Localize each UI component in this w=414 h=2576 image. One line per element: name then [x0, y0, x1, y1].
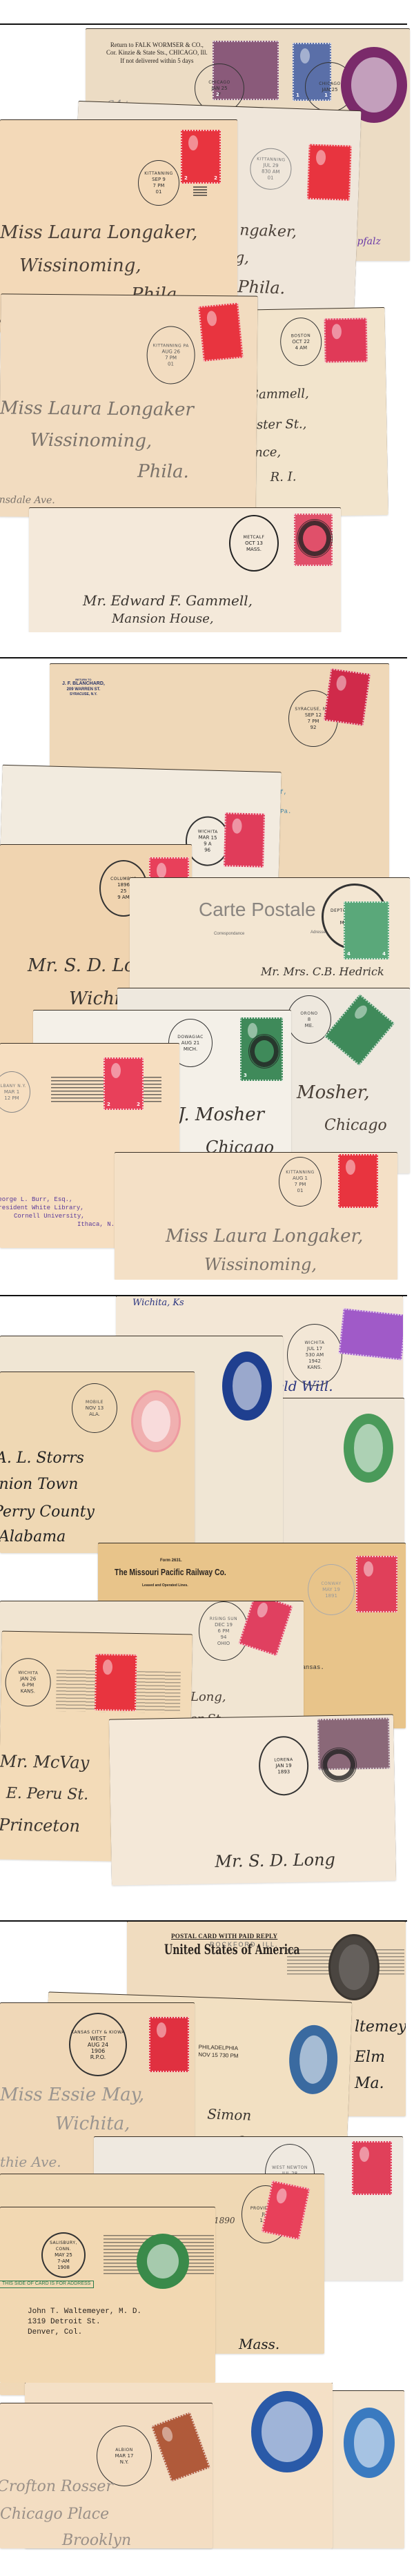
embossed-3c-pink-stamp [131, 1390, 181, 1452]
address-line: Phila. [137, 461, 189, 482]
address-line: Mosher, [297, 1082, 370, 1103]
address-line: Wissinoming, [204, 1255, 317, 1274]
address-line: E. Peru St. [6, 1785, 89, 1804]
postmark-kittanning: KITTANNINGSEP 97 PM01 [138, 160, 179, 206]
postmark-wichita: WICHITAJAN 266-PMKANS. [5, 1658, 51, 1707]
return-address: RETURN TO J. F. BLANCHARD, 209 WARREN ST… [62, 678, 105, 697]
postcard-carte-postale: Carte Postale Correspondance Adresse DEP… [130, 878, 410, 988]
postmark-kittanning: KITTANNINGJUL 29830 AM01 [249, 148, 292, 191]
grant-1c-stamp [328, 1934, 379, 2000]
address-line: Simon [207, 2106, 252, 2124]
target-cancel [297, 519, 333, 558]
postmark-albany: ALBANY N.Y.MAR 112 PM [0, 1071, 30, 1113]
address-line: Miss Laura Longaker, [0, 222, 197, 243]
typed-address: George L. Burr, Esq., President White Li… [0, 1196, 126, 1229]
form-number: Form 2631. [160, 1559, 182, 1564]
address-line: Miss Laura Longaker, [166, 1226, 363, 1247]
washington-2c-brown-stamp [151, 2412, 210, 2481]
photo-panel-3: Wichita, Ks WICHITAJUL 17530 AM1942KANS.… [0, 1296, 414, 1908]
return-address: Return to FALK WORMSER & CO., Cor. Kinzi… [106, 41, 208, 65]
postmark-lorena: LORENAJAN 191893 [258, 1736, 308, 1796]
address-line: Mr. McVay [0, 1752, 90, 1773]
washington-2c-stamp [224, 812, 265, 867]
postmark-kittanning: KITTANNING PAAUG 267 PM01 [146, 326, 195, 384]
company-name: The Missouri Pacific Railway Co. [115, 1567, 226, 1578]
corner-note: Wichita, Ks [132, 1298, 184, 1308]
washington-2c-stamp: 22 [103, 1057, 144, 1110]
washington-2c-stamp: 22 [181, 130, 221, 184]
postmark-wichita: WICHITAJUL 17530 AM1942KANS. [287, 1324, 342, 1386]
washington-2c-stamp [307, 144, 352, 201]
address-line: Mass. [239, 2336, 279, 2352]
rockford-cancel: ROCKFORD, ILL. [210, 1941, 279, 1949]
postmark-conway: CONWAYMAY 191891 [308, 1564, 355, 1615]
postmark-mobile: MOBILENOV 13ALA. [72, 1383, 117, 1433]
address-line: Phila. [237, 277, 286, 297]
idaho-3c-stamp [339, 1308, 403, 1360]
envelope-albion: ALBIONMAR 17N.Y. Crofton Rosser Chicago … [0, 2403, 213, 2548]
address-line: Mr. S. D. Long [215, 1850, 335, 1871]
envelope-kittanning-aug1: KITTANNINGAUG 17 PM01 Miss Laura Longake… [115, 1153, 397, 1280]
address-line: Wissinoming, [30, 430, 152, 452]
address-line: Chicago [324, 1117, 387, 1134]
card-label: THIS SIDE OF CARD IS FOR ADDRESS [0, 2281, 94, 2288]
address-line: Union Town [0, 1476, 78, 1493]
address-line: Miss Essie May, [0, 2085, 144, 2105]
photo-panel-1: Return to FALK WORMSER & CO., Cor. Kinzi… [0, 25, 414, 632]
envelope-metcalf: METCALFOCT 13MASS. Mr. Edward F. Gammell… [29, 508, 341, 632]
address-line: J. Mosher [178, 1104, 264, 1125]
washington-2c-stamp [356, 1556, 397, 1612]
photo-panel-2: RETURN TO J. F. BLANCHARD, 209 WARREN ST… [0, 658, 414, 1280]
photo-panel-5: ALBIONMAR 17N.Y. Crofton Rosser Chicago … [0, 2383, 414, 2568]
embossed-1c-columbian-stamp [251, 2391, 323, 2472]
address-line: A. L. Storrs [0, 1450, 84, 1467]
address-line: Ma. [355, 2075, 384, 2092]
card-header: POSTAL CARD WITH PAID REPLY [171, 1933, 277, 1940]
postmark-albion: ALBIONMAR 17N.Y. [97, 2426, 152, 2486]
address-line: Alabama [0, 1528, 66, 1545]
envelope-kittanning-aug26: KITTANNING PAAUG 267 PM01 Miss Laura Lon… [0, 294, 257, 518]
2c-red-stamp [324, 318, 368, 362]
address-line: Perry County [0, 1503, 95, 1521]
address-line: ngaker, [239, 222, 297, 241]
postmark-salisbury: SALISBURY, CONN.MAY 257-AM1908 [41, 2232, 86, 2278]
postmark-kittanning: KITTANNINGAUG 17 PM01 [279, 1157, 322, 1207]
address-line: nsdale Ave. [0, 494, 55, 506]
envelope-lorena: LORENAJAN 191893 Mr. S. D. Long [109, 1715, 396, 1885]
address-line: Mr. Edward F. Gammell, [83, 592, 253, 609]
stamped-envelope-1c-blue [331, 2391, 404, 2548]
mexico-4c-stamp: 44 [344, 901, 389, 959]
photo-panel-4: POSTAL CARD WITH PAID REPLY United State… [0, 1922, 414, 2383]
address-line: Elm [355, 2049, 385, 2066]
typed-address: John T. Waltemeyer, M. D. 1319 Detroit S… [28, 2307, 141, 2338]
address-line: thie Ave. [0, 2154, 61, 2170]
address-line: Wissinoming, [19, 255, 141, 276]
embossed-5c-blue-stamp [288, 2024, 338, 2095]
postal-card-waltemeyer: SALISBURY, CONN.MAY 257-AM1908 THIS SIDE… [0, 2207, 215, 2383]
washington-2c-stamp [239, 1601, 293, 1656]
address-line: Brooklyn [62, 2532, 131, 2548]
postmark-metcalf: METCALFOCT 13MASS. [229, 515, 279, 572]
address-line: Chicago Place [0, 2506, 109, 2523]
franklin-1c-red-stamp [149, 2017, 189, 2072]
address-line: R. I. [270, 469, 296, 485]
subtitle: Leased and Operated Lines. [142, 1583, 188, 1588]
address-line: Crofton Rosser [0, 2478, 113, 2495]
address-line: Miss Laura Longaker [0, 398, 194, 420]
addressee: Mr. Mrs. C.B. Hedrick [261, 965, 384, 978]
postmark-rising-sun: RISING SUNDEC 196 PM94OHIO [199, 1601, 248, 1661]
washington-2c-stamp [198, 303, 243, 362]
address-line: 1890 [214, 2216, 235, 2225]
jefferson-1c-green-stamp [137, 2234, 189, 2289]
target-cancel [248, 1034, 280, 1069]
washington-2c-stamp [95, 1654, 137, 1711]
philadelphia-cancel: PHILADELPHIA NOV 15 730 PM [198, 2043, 239, 2060]
carte-postale-title: Carte Postale [199, 897, 316, 921]
washington-2c-stamp [352, 2141, 392, 2195]
address-line: Long, [190, 1690, 226, 1704]
label: Adresse [310, 930, 326, 936]
envelope-mobile-alabama: MOBILENOV 13ALA. A. L. Storrs Union Town… [0, 1372, 195, 1553]
embossed-1c-blue-stamp [344, 2408, 395, 2478]
address-line: Wichita, [55, 2114, 130, 2134]
address-line: Princeton [0, 1815, 80, 1836]
address-line: Mansion House, [112, 612, 214, 626]
embossed-5c-blue-stamp [222, 1352, 272, 1421]
target-cancel [321, 1747, 357, 1782]
washington-3c-green-stamp [324, 994, 395, 1066]
label: Correspondance [214, 932, 244, 937]
2c-red-stamp [324, 668, 371, 725]
washington-2c-stamp [338, 1154, 378, 1208]
address-line: ltemeye [355, 2018, 406, 2036]
embossed-2c-green-stamp [344, 1414, 393, 1483]
duplex-cancel [193, 186, 207, 196]
postmark-kansas-city-kiowa-rpo: KANSAS CITY & KIOWAWESTAUG 241906R.P.O. [69, 2013, 127, 2076]
postmark-boston: BOSTONOCT 224 AM [280, 318, 322, 367]
